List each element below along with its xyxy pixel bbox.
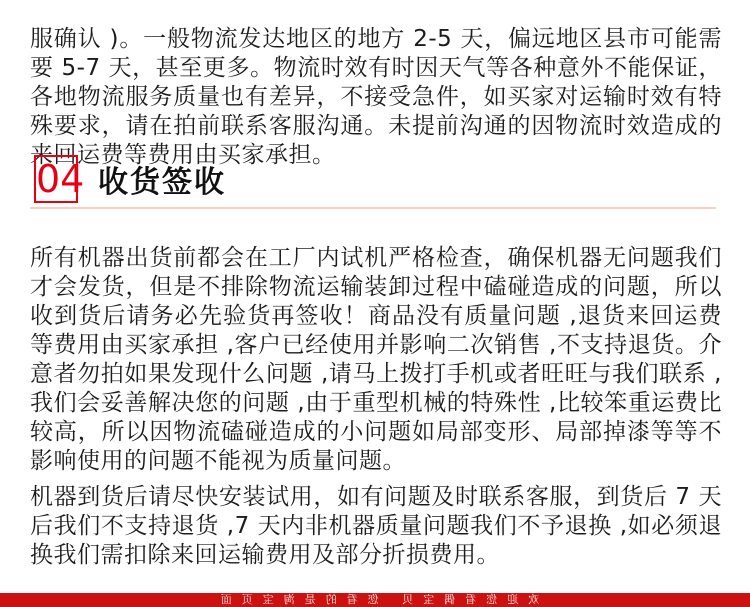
taobao-watermark-banner: 欢迎您看偶宝贝 您看的是淘宝页面 <box>0 593 750 607</box>
section-number-badge: 04 <box>34 155 78 203</box>
section-title: 收货签收 <box>98 157 226 201</box>
product-detail-page: 服确认 )。一般物流发达地区的地方 2-5 天，偏远地区县市可能需要 5-7 天… <box>0 0 750 607</box>
shipping-notice-paragraph: 服确认 )。一般物流发达地区的地方 2-5 天，偏远地区县市可能需要 5-7 天… <box>30 25 722 170</box>
inspection-policy-paragraph: 所有机器出货前都会在工厂内试机严格检查，确保机器无问题我们才会发货，但是不排除物… <box>30 244 722 476</box>
return-policy-paragraph: 机器到货后请尽快安装试用，如有问题及时联系客服，到货后 7 天后我们不支持退货 … <box>30 483 722 570</box>
section-header: 04 收货签收 <box>34 155 226 203</box>
section-divider <box>30 207 716 209</box>
